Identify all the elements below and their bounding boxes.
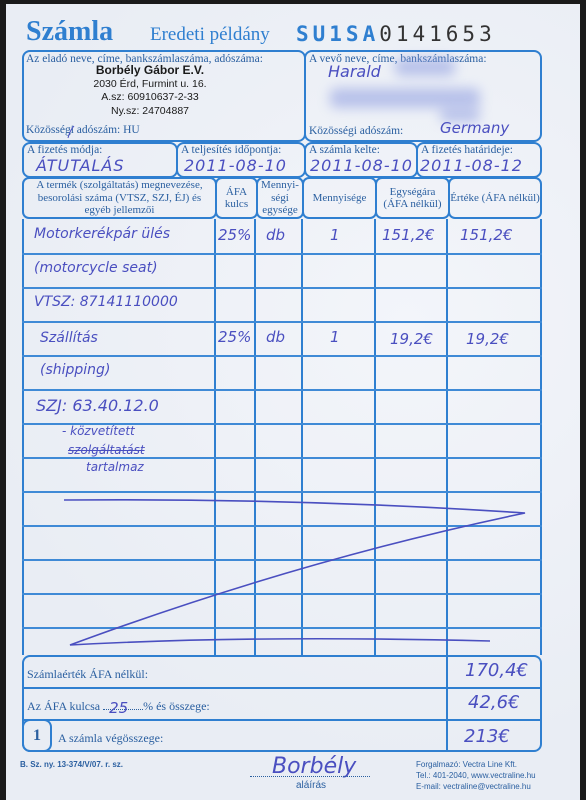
distributor: Forgalmazó: Vectra Line Kft. bbox=[416, 760, 517, 769]
item-unit-price: 19,2€ bbox=[390, 330, 433, 348]
grid-border-right bbox=[540, 219, 542, 655]
item-product: szolgáltatást bbox=[68, 443, 145, 457]
due-date-label: A fizetés határideje: bbox=[421, 144, 513, 156]
serial-prefix: SU1SA bbox=[296, 22, 379, 46]
form-code: B. Sz. ny. 13-374/V/07. r. sz. bbox=[20, 760, 123, 769]
fulfillment-date-label: A teljesítés időpontja: bbox=[181, 144, 281, 156]
col-header-unit: Mennyi- ségi egysége bbox=[256, 177, 304, 219]
distributor-email: E-mail: vectraline@vectraline.hu bbox=[416, 782, 531, 791]
seller-reg-number: Ny.sz: 24704887 bbox=[60, 105, 240, 119]
vat-total-label: Az ÁFA kulcsa 25% és összege: bbox=[27, 699, 210, 714]
due-date-value: 2011-08-12 bbox=[420, 156, 523, 175]
item-quantity: 1 bbox=[330, 328, 340, 346]
grid-col-divider bbox=[446, 219, 448, 655]
gross-total-label: A számla végösszege: bbox=[58, 731, 163, 746]
redacted-blur bbox=[395, 58, 455, 76]
item-unit-price: 151,2€ bbox=[382, 226, 435, 244]
grid-row-line bbox=[22, 491, 542, 493]
issue-date-label: A számla kelte: bbox=[309, 144, 380, 156]
vat-total-value: 42,6€ bbox=[468, 692, 520, 713]
item-product: (shipping) bbox=[40, 362, 110, 378]
item-product: Szállítás bbox=[40, 330, 98, 346]
item-product: tartalmaz bbox=[86, 460, 144, 474]
buyer-name: Harald bbox=[328, 62, 381, 81]
col-header-product: A termék (szolgáltatás) megnevezése, bes… bbox=[22, 177, 217, 219]
item-product: - közvetített bbox=[62, 424, 135, 438]
payment-method-label: A fizetés módja: bbox=[27, 144, 102, 156]
redacted-blur bbox=[330, 88, 480, 108]
grid-row-line bbox=[22, 627, 542, 629]
grid-col-divider bbox=[254, 219, 256, 655]
signature-label: aláírás bbox=[296, 780, 326, 791]
item-product: VTSZ: 87141110000 bbox=[34, 294, 178, 310]
fulfillment-date-value: 2011-08-10 bbox=[184, 156, 287, 175]
item-value: 19,2€ bbox=[466, 330, 509, 348]
invoice-title: Számla bbox=[26, 16, 113, 48]
buyer-eu-tax-label: Közösségi adószám: bbox=[309, 125, 403, 137]
grid-row-line bbox=[22, 253, 542, 255]
copy-type-label: Eredeti példány bbox=[150, 24, 270, 46]
col-header-unit-price: Egységára (ÁFA nélkül) bbox=[375, 177, 450, 219]
item-quantity: 1 bbox=[330, 226, 340, 244]
item-vat-rate: 25% bbox=[218, 328, 251, 346]
serial-number: SU1SA0141653 bbox=[296, 22, 496, 46]
seller-eu-tax-label: Közösségi adószám: HU bbox=[26, 124, 140, 136]
grid-row-line bbox=[22, 389, 542, 391]
signature-line bbox=[250, 776, 370, 777]
copy-number-badge: 1 bbox=[22, 719, 52, 752]
grid-col-divider bbox=[374, 219, 376, 655]
grid-row-line bbox=[22, 559, 542, 561]
vat-rate-value: 25 bbox=[109, 699, 128, 717]
item-product: (motorcycle seat) bbox=[34, 260, 158, 276]
vat-rate-blank: 25 bbox=[103, 709, 143, 710]
buyer-country: Germany bbox=[440, 119, 509, 137]
grid-row-line bbox=[22, 525, 542, 527]
serial-digits: 0141653 bbox=[379, 22, 496, 46]
payment-method-value: ÁTUTALÁS bbox=[36, 156, 125, 175]
seller-name: Borbély Gábor E.V. bbox=[60, 64, 240, 78]
totals-col-divider bbox=[446, 655, 448, 752]
totals-row-line bbox=[22, 687, 542, 689]
item-unit: db bbox=[266, 328, 285, 346]
col-header-value: Értéke (ÁFA nélkül) bbox=[448, 177, 542, 219]
net-total-label: Számlaérték ÁFA nélkül: bbox=[27, 667, 148, 682]
grid-col-divider bbox=[301, 219, 303, 655]
item-value: 151,2€ bbox=[460, 226, 513, 244]
totals-row-line bbox=[22, 719, 542, 721]
grid-row-line bbox=[22, 593, 542, 595]
seller-tax-id: A.sz: 60910637-2-33 bbox=[60, 91, 240, 105]
issue-date-value: 2011-08-10 bbox=[310, 156, 413, 175]
net-total-value: 170,4€ bbox=[465, 660, 528, 681]
item-product: SZJ: 63.40.12.0 bbox=[36, 396, 159, 415]
vat-label-post: % és összege: bbox=[143, 699, 210, 713]
item-vat-rate: 25% bbox=[218, 226, 251, 244]
grid-row-line bbox=[22, 287, 542, 289]
col-header-vat-rate: ÁFA kulcs bbox=[215, 177, 258, 219]
grid-border-left bbox=[22, 219, 24, 655]
distributor-contact: Tel.: 401-2040, www.vectraline.hu bbox=[416, 771, 536, 780]
item-unit: db bbox=[266, 226, 285, 244]
seller-address: 2030 Érd, Furmint u. 16. bbox=[60, 78, 240, 92]
col-header-quantity: Mennyisége bbox=[302, 177, 377, 219]
seller-details: Borbély Gábor E.V. 2030 Érd, Furmint u. … bbox=[60, 64, 240, 118]
grid-row-line bbox=[22, 355, 542, 357]
grid-row-line bbox=[22, 321, 542, 323]
item-product: Motorkerékpár ülés bbox=[34, 226, 170, 242]
vat-label-pre: Az ÁFA kulcsa bbox=[27, 699, 100, 713]
grid-col-divider bbox=[214, 219, 216, 655]
grid-row-line bbox=[22, 457, 542, 459]
gross-total-value: 213€ bbox=[464, 726, 510, 747]
